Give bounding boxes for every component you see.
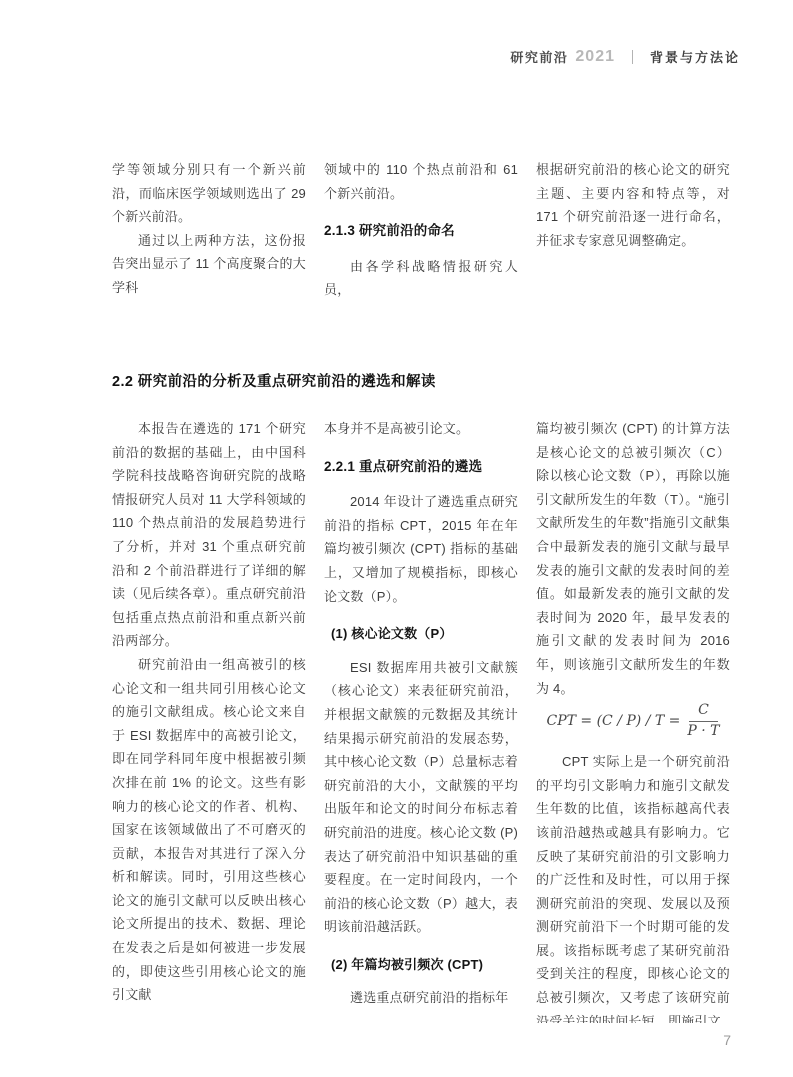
paragraph: ESI 数据库用共被引文献簇（核心论文）来表征研究前沿，并根据文献簇的元数据及其… [324, 656, 518, 939]
paragraph: CPT 实际上是一个研究前沿的平均引文影响力和施引文献发生年数的比值，该指标越高… [536, 750, 730, 1023]
paragraph: 由各学科战略情报研究人员， [324, 255, 518, 302]
subheading-cpt: (2) 年篇均被引频次 (CPT) [324, 953, 518, 977]
formula-fraction: C P · T [687, 702, 719, 740]
main-text-block: 本报告在遴选的 171 个研究前沿的数据的基础上，由中国科学院科技战略咨询研究院… [112, 417, 730, 1023]
formula-lhs: CPT = (C / P) / T = [546, 713, 680, 729]
paragraph: 本身并不是高被引论文。 [324, 417, 518, 441]
top-column-1: 学等领域分别只有一个新兴前沿，而临床医学领域则选出了 29 个新兴前沿。 通过以… [112, 158, 306, 308]
page-number: 7 [723, 1032, 731, 1048]
paragraph: 本报告在遴选的 171 个研究前沿的数据的基础上，由中国科学院科技战略咨询研究院… [112, 417, 306, 653]
formula-numerator: C [689, 702, 718, 722]
paragraph: 遴选重点研究前沿的指标年 [324, 986, 518, 1010]
running-header: 研究前沿 2021 背景与方法论 [510, 47, 740, 66]
formula-denominator: P · T [687, 722, 719, 741]
section-heading-2-2: 2.2 研究前沿的分析及重点研究前沿的遴选和解读 [112, 370, 436, 391]
paragraph: 领域中的 110 个热点前沿和 61 个新兴前沿。 [324, 158, 518, 205]
report-year: 2021 [575, 48, 615, 66]
header-divider-line [632, 50, 633, 64]
paragraph: 学等领域分别只有一个新兴前沿，而临床医学领域则选出了 29 个新兴前沿。 [112, 158, 306, 229]
paragraph: 通过以上两种方法，这份报告突出显示了 11 个高度聚合的大学科 [112, 229, 306, 300]
top-column-3: 根据研究前沿的核心论文的研究主题、主要内容和特点等，对 171 个研究前沿逐一进… [536, 158, 730, 308]
cpt-formula: CPT = (C / P) / T = C P · T [536, 702, 730, 740]
report-title: 研究前沿 [510, 47, 568, 66]
main-column-2: 本身并不是高被引论文。 2.2.1 重点研究前沿的遴选 2014 年设计了遴选重… [324, 417, 518, 1023]
main-column-1: 本报告在遴选的 171 个研究前沿的数据的基础上，由中国科学院科技战略咨询研究院… [112, 417, 306, 1023]
main-column-3: 篇均被引频次 (CPT) 的计算方法是核心论文的总被引频次（C）除以核心论文数（… [536, 417, 730, 1023]
top-text-block: 学等领域分别只有一个新兴前沿，而临床医学领域则选出了 29 个新兴前沿。 通过以… [112, 158, 730, 308]
heading-2-2-1: 2.2.1 重点研究前沿的遴选 [324, 455, 518, 479]
top-column-2: 领域中的 110 个热点前沿和 61 个新兴前沿。 2.1.3 研究前沿的命名 … [324, 158, 518, 308]
paragraph: 篇均被引频次 (CPT) 的计算方法是核心论文的总被引频次（C）除以核心论文数（… [536, 417, 730, 700]
heading-2-1-3: 2.1.3 研究前沿的命名 [324, 219, 518, 243]
paragraph: 2014 年设计了遴选重点研究前沿的指标 CPT，2015 年在年篇均被引频次 … [324, 490, 518, 608]
document-page: 研究前沿 2021 背景与方法论 学等领域分别只有一个新兴前沿，而临床医学领域则… [0, 0, 793, 1077]
chapter-title: 背景与方法论 [650, 47, 740, 66]
subheading-core-paper-count: (1) 核心论文数（P） [324, 622, 518, 646]
paragraph: 根据研究前沿的核心论文的研究主题、主要内容和特点等，对 171 个研究前沿逐一进… [536, 158, 730, 252]
paragraph: 研究前沿由一组高被引的核心论文和一组共同引用核心论文的施引文献组成。核心论文来自… [112, 653, 306, 1007]
